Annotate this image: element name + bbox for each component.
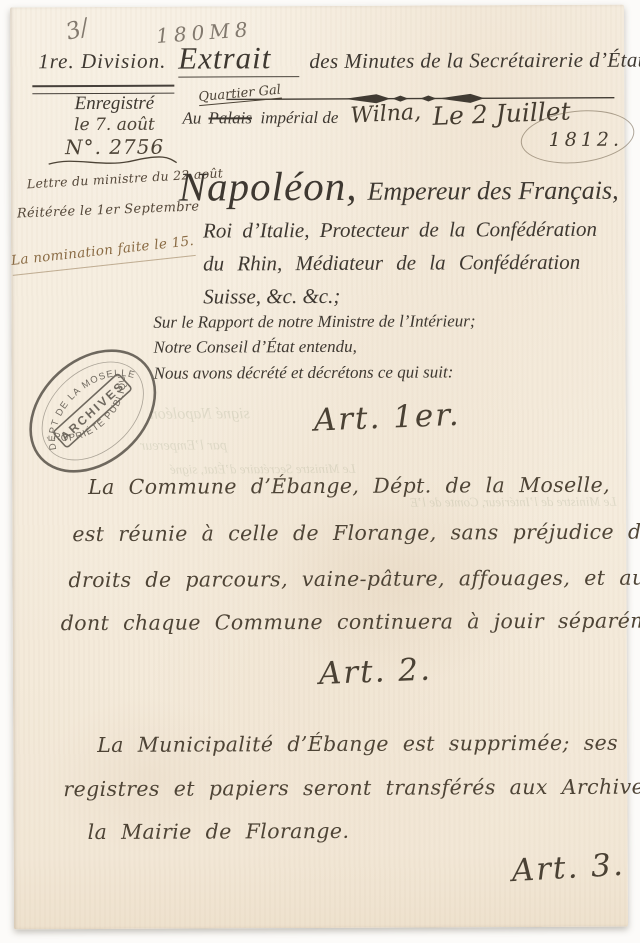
paper: signé Napoléon par l’Empereur Le Ministr…: [10, 5, 628, 930]
title-line: Suisse, &c. &c.;: [203, 284, 340, 310]
imperial-title: Napoléon, Empereur des Français,: [179, 161, 619, 211]
preamble-line: Notre Conseil d’État entendu,: [153, 337, 356, 358]
title-line: du Rhin, Médiateur de la Confédération: [203, 250, 580, 277]
scan-background: { "annotations": { "folio_note": "3/", "…: [0, 0, 640, 943]
article-2-line: la Mairie de Florange.: [88, 819, 350, 844]
emperor-name: Napoléon,: [179, 162, 358, 211]
preamble-line: Nous avons décrété et décrétons ce qui s…: [154, 362, 454, 383]
article-1-line: est réunie à celle de Florange, sans pré…: [72, 519, 640, 546]
registration-flourish: [47, 155, 179, 170]
division-label: 1re. Division.: [38, 49, 166, 75]
preamble-line: Sur le Rapport de notre Ministre de l’In…: [153, 311, 475, 332]
article-2-line: La Municipalité d’Ébange est supprimée; …: [97, 731, 618, 757]
article-heading-3: Art. 3.: [511, 847, 626, 889]
title-text: des Minutes de la Secrétairerie d’État.: [309, 48, 640, 74]
article-heading-1: Art. 1er.: [313, 397, 461, 439]
emperor-title: Empereur des Français,: [367, 176, 618, 207]
extrait-word: Extrait: [178, 40, 299, 78]
folio-note: 3/: [63, 14, 92, 45]
dateline-correction: Quartier Gal: [198, 83, 282, 107]
dateline-year: 1812.: [549, 129, 624, 151]
article-2-line: registres et papiers seront transférés a…: [63, 774, 640, 801]
dateline-struck-word: Palais: [208, 108, 252, 128]
article-1-line: dont chaque Commune continuera à jouir s…: [61, 608, 640, 635]
dateline-prefix: Au: [182, 109, 201, 129]
article-heading-2: Art. 2.: [318, 652, 432, 692]
document-title: Extrait des Minutes de la Secrétairerie …: [178, 39, 640, 78]
dateline-place: Wilna,: [350, 100, 422, 129]
article-1-line: La Commune d’Ébange, Dépt. de la Moselle…: [88, 473, 610, 499]
registration-date: le 7. août: [40, 115, 188, 136]
registration-block: Enregistré le 7. août N°. 2756: [40, 93, 188, 160]
article-1-line: droits de parcours, vaine-pâture, affoua…: [68, 565, 640, 592]
margin-note: Réitérée le 1er Septembre: [17, 199, 200, 221]
margin-note: La nomination faite le 15.: [10, 233, 195, 276]
bleedthrough-text: par l’Empereur: [140, 438, 227, 454]
title-line: Roi d’Italie, Protecteur de la Confédéra…: [203, 217, 597, 244]
dateline-suffix: impérial de: [260, 108, 338, 128]
registration-label: Enregistré: [40, 93, 188, 116]
